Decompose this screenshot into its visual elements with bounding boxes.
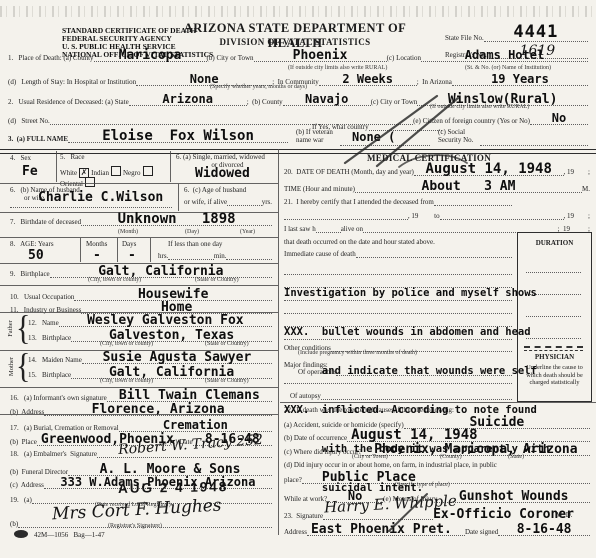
race-negro-checkbox (143, 166, 153, 176)
rule (0, 414, 278, 415)
death-occurred-text: that death occurred on the date and hour… (284, 238, 435, 246)
state-file-no-label: State File No. (445, 34, 484, 42)
veteran-label: (b) If veteran name war (296, 128, 333, 144)
state-file-no-value: 4441 (484, 24, 588, 42)
burial-value: Cremation (119, 420, 272, 432)
birthdate-label: 7. Birthdate of deceased (10, 218, 81, 226)
father-name-row: 12. Name Wesley Galveston Fox (28, 315, 272, 327)
place-of-death-label: 1. Place of Death: (a) County (8, 54, 94, 62)
in-arizona-label: ; In Arizona (417, 78, 452, 86)
birthplace-note1: (City, town or county) (88, 277, 141, 284)
ssn-blank (480, 144, 588, 146)
location-label: (c) Location (387, 54, 421, 62)
marital-value: Widowed (195, 168, 250, 179)
age-days-label: Days (122, 240, 136, 248)
immediate-cause-label: Immediate cause of death (284, 250, 356, 258)
min-label: min. (214, 252, 227, 260)
certify-19b: , 19 ; (564, 212, 590, 220)
burial-place-label: (b) Place (10, 438, 37, 446)
informant-value: Bill Twain Clemans (107, 390, 272, 402)
spouse-age-row: or wife, if alive yrs. (184, 198, 272, 206)
time-m-label: M. (582, 185, 590, 193)
cell-divider (178, 184, 179, 211)
hrs-label: hrs. (158, 252, 168, 260)
res-county-value: Navajo (283, 94, 371, 106)
res-city-label: (c) City or Town (371, 98, 418, 106)
birthdate-row: 7. Birthdate of deceased Unknown 1898 (10, 214, 272, 226)
mother-birthplace-label: 15. Birthplace (28, 371, 71, 379)
certify-19a: , 19 to (408, 212, 440, 220)
mother-note1: (City, town or county) (100, 378, 153, 385)
last-saw-label: I last saw h (284, 225, 316, 233)
time-value: About 3 AM (355, 181, 582, 193)
certify-blank2 (284, 218, 408, 220)
date-signed-value: 8-16-48 (498, 524, 590, 536)
registrar-sig-note: (Registrar's Signature) (108, 523, 162, 530)
county-value: Maricopa (94, 50, 207, 62)
community-value: 2 Weeks (319, 74, 417, 86)
street-citizen-row: (d) Street No. (e) Citizen of foreign co… (8, 113, 588, 125)
immediate-cause-blank (356, 256, 512, 258)
certify-blank1 (434, 204, 512, 206)
age-days-value: - (128, 250, 136, 261)
spouse-age-label2: or wife, if alive (184, 198, 227, 206)
birthplace-label: 9. Birthplace (10, 270, 50, 278)
age-months-value: - (93, 250, 101, 261)
state-file-no-row: State File No. 4441 (445, 24, 588, 42)
cell-divider (80, 238, 81, 262)
hrs-blank (168, 258, 214, 260)
certify-blank3 (440, 218, 564, 220)
state-value: Arizona (129, 94, 247, 106)
registrar-date-label: 19. (a) (10, 496, 32, 504)
residence-label: 2. Usual Residence of Deceased: (a) Stat… (8, 98, 129, 106)
last-saw-blank1 (316, 231, 341, 233)
ssn-label: (c) Social Security No. (438, 128, 473, 144)
immediate-cause-row: Immediate cause of death (284, 250, 512, 258)
veteran-value: None ( (352, 132, 395, 143)
father-note1: (City, town or county) (100, 341, 153, 348)
location-value: Adams Hotel (421, 50, 588, 62)
father-name-label: 12. Name (28, 319, 59, 327)
occupation-label: 10. Usual Occupation (10, 293, 74, 301)
certify-row1: 21. I hereby certify that I attended the… (284, 198, 512, 206)
year-note: (Year) (240, 229, 255, 236)
day-note: (Day) (185, 229, 199, 236)
city-note: (If outside city limits also write RURAL… (288, 65, 387, 72)
date-signed-label: Date signed (465, 528, 498, 536)
date-of-death-19: , 19 ; (564, 168, 590, 176)
form-print-code: 42M—1056 Bag—1-47 (34, 531, 105, 539)
md-label: M. D. (556, 511, 573, 519)
birthdate-value: Unknown 1898 (81, 214, 272, 226)
cause-line-text: with the body it was apparently with (284, 443, 550, 456)
month-note: (Month) (118, 229, 138, 236)
spouse-age-label: 6. (c) Age of husband (184, 186, 246, 194)
certify-text1: 21. I hereby certify that I attended the… (284, 198, 434, 206)
coroner-address-value: East Phoenix Pret. (307, 524, 465, 536)
age-label: 8. AGE: Years (10, 240, 54, 248)
full-name-label: 3. (a) FULL NAME (8, 135, 68, 143)
min-blank (226, 258, 272, 260)
date-of-death-row: 20. DATE OF DEATH (Month, day and year) … (284, 164, 590, 176)
father-birthplace-label: 13. Birthplace (28, 334, 71, 342)
cell-divider (170, 151, 171, 182)
cause-line-text: XXX. bullet wounds in abdomen and head (284, 326, 550, 339)
burial-row: 17. (a) Burial, Cremation or Removal Cre… (10, 420, 272, 432)
column-divider (278, 149, 279, 535)
cell-divider (56, 151, 57, 182)
time-label: TIME (Hour and minute) (284, 185, 355, 193)
age-years-value: 50 (28, 250, 44, 261)
rule (0, 183, 278, 184)
cell-divider (150, 238, 151, 262)
mother-name-row: 14. Maiden Name Susie Agusta Sawyer (28, 352, 272, 364)
race-indian-checkbox (111, 166, 121, 176)
father-side-label: Father (7, 320, 14, 337)
page-subtitle: DIVISION OF VITAL STATISTICS (165, 37, 425, 47)
registrar-sig-label: (b) (10, 520, 18, 528)
occupation-row: 10. Usual Occupation Housewife (10, 289, 272, 301)
race-oriental-checkbox (85, 177, 95, 187)
death-certificate-scan: STANDARD CERTIFICATE OF DEATH FEDERAL SE… (0, 0, 596, 558)
rule (0, 237, 278, 238)
informant-label: 16. (a) Informant's own signature (10, 394, 107, 402)
cause-line-text: XXX. inflicted. According to note found (284, 404, 550, 417)
father-name-value: Wesley Galveston Fox (59, 315, 272, 327)
birthplace-note2: (State or Country) (195, 277, 239, 284)
length-of-stay-label: (d) Length of Stay: In Hospital or Insti… (8, 78, 136, 86)
certify-row2: , 19 to , 19 ; (284, 212, 590, 220)
time-of-death-row: TIME (Hour and minute) About 3 AM M. (284, 181, 590, 193)
arizona-value: 19 Years (452, 74, 588, 86)
res-city-note: (If outside city limits also write RURAL… (430, 104, 529, 111)
date-of-death-label: 20. DATE OF DEATH (Month, day and year) (284, 168, 414, 176)
citizen-value: No (530, 113, 588, 125)
place-of-death-row: 1. Place of Death: (a) County Maricopa (… (8, 50, 588, 62)
informant-row: 16. (a) Informant's own signature Bill T… (10, 390, 272, 402)
spouse-line (10, 206, 172, 208)
city-value: Phoenix (254, 50, 387, 62)
spouse-name-value: Charlie C.Wilson (38, 192, 163, 203)
cause-line-text: and indicate that wounds were self (284, 365, 550, 378)
coroner-address-label: Address (284, 528, 307, 536)
race-negro-label: Negro (123, 169, 141, 177)
sex-label: 4. Sex (10, 154, 31, 162)
date-of-death-value: August 14, 1948 (414, 164, 564, 176)
mother-side-label: Mother (8, 357, 15, 376)
spouse-age-suffix: yrs. (262, 198, 272, 206)
race-label: 5. Race (60, 153, 85, 161)
cell-divider (117, 238, 118, 262)
alive-on-label: alive on (341, 225, 363, 233)
sex-value: Fe (22, 166, 38, 177)
cause-line-text: Investigation by police and myself shows (284, 287, 550, 300)
cause-line-text: suicidal intent. (284, 482, 550, 495)
funeral-address-label: (c) Address (10, 481, 44, 489)
age-months-label: Months (86, 240, 107, 248)
full-name-row: 3. (a) FULL NAME Eloise Fox Wilson (8, 131, 288, 143)
city-label: (b) City or Town (207, 54, 254, 62)
spouse-age-blank (227, 204, 262, 206)
date-received-stamp: AUG 2 4 1948 (118, 479, 229, 496)
mother-maiden-value: Susie Agusta Sawyer (82, 352, 272, 364)
scan-noise (0, 6, 596, 17)
full-name-value: Eloise Fox Wilson (68, 131, 288, 143)
hrs-min-row: hrs. min. (158, 252, 272, 260)
location-note: (St. & No. (or) Name of Institution) (465, 65, 551, 72)
coroner-address-row: Address East Phoenix Pret. Date signed 8… (284, 524, 590, 536)
mother-note2: (State or Country) (205, 378, 249, 385)
burial-label: 17. (a) Burial, Cremation or Removal (10, 424, 119, 432)
street-no-label: (d) Street No. (8, 117, 50, 125)
less-than-day-label: If less than one day (168, 240, 222, 248)
union-label-icon (14, 530, 28, 538)
res-county-label: ; (b) County (247, 98, 283, 106)
mother-maiden-label: 14. Maiden Name (28, 356, 82, 364)
veteran-line (340, 144, 430, 146)
rule (0, 285, 278, 286)
embalmer-label: 18. (a) Embalmer's Signature (10, 450, 97, 458)
duration-label: DURATION (518, 239, 591, 247)
stay-note: (Specify whether years, months or days) (210, 84, 307, 91)
father-note2: (State or Country) (205, 341, 249, 348)
cause-of-death-text: Investigation by police and myself shows… (284, 261, 550, 521)
